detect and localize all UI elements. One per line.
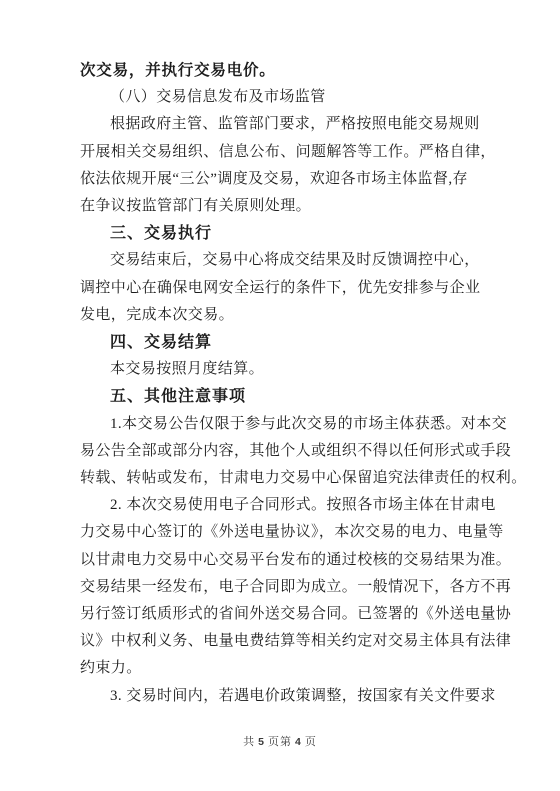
footer-prefix: 共 — [243, 736, 255, 748]
document-body: 次交易，并执行交易电价。 （八）交易信息发布及市场监管 根据政府主管、监管部门要… — [80, 57, 520, 710]
paragraph-line: 本交易按照月度结算。 — [80, 356, 520, 383]
paragraph-line: 约束力。 — [80, 655, 520, 682]
footer-current-page: 4 — [295, 736, 302, 748]
footer-total-pages: 5 — [258, 736, 265, 748]
paragraph-line: 调控中心在确保电网安全运行的条件下，优先安排参与企业 — [80, 275, 520, 302]
paragraph-line: 易公告全部或部分内容，其他个人或组织不得以任何形式或手段 — [80, 438, 520, 465]
paragraph-line: 另行签订纸质形式的省间外送交易合同。已签署的《外送电量协 — [80, 601, 520, 628]
document-page: 次交易，并执行交易电价。 （八）交易信息发布及市场监管 根据政府主管、监管部门要… — [0, 0, 560, 791]
paragraph-line: 根据政府主管、监管部门要求，严格按照电能交易规则 — [80, 111, 520, 138]
page-footer: 共5页第4页 — [0, 733, 560, 749]
paragraph-line: 转载、转帖或发布，甘肃电力交易中心保留追究法律责任的权利。 — [80, 465, 520, 492]
paragraph-line: 开展相关交易组织、信息公布、问题解答等工作。严格自律， — [80, 139, 520, 166]
section-heading-trade-execution: 三、交易执行 — [80, 220, 520, 247]
paragraph-line: 以甘肃电力交易中心交易平台发布的通过校核的交易结果为准。 — [80, 547, 520, 574]
paragraph-line: 议》中权利义务、电量电费结算等相关约定对交易主体具有法律 — [80, 628, 520, 655]
paragraph-line-note-2: 2. 本次交易使用电子合同形式。按照各市场主体在甘肃电 — [80, 492, 520, 519]
footer-middle: 页第 — [268, 736, 292, 748]
paragraph-line-note-1: 1.本交易公告仅限于参与此次交易的市场主体获悉。对本交 — [80, 411, 520, 438]
footer-suffix: 页 — [305, 736, 317, 748]
section-heading-trade-settlement: 四、交易结算 — [80, 329, 520, 356]
subsection-heading-info-disclosure: （八）交易信息发布及市场监管 — [80, 84, 520, 111]
paragraph-line: 交易结果一经发布，电子合同即为成立。一般情况下，各方不再 — [80, 574, 520, 601]
section-heading-other-notes: 五、其他注意事项 — [80, 383, 520, 410]
paragraph-line: 依法依规开展“三公”调度及交易，欢迎各市场主体监督,存 — [80, 166, 520, 193]
paragraph-line-note-3: 3. 交易时间内，若遇电价政策调整，按国家有关文件要求 — [80, 683, 520, 710]
paragraph-line: 交易结束后，交易中心将成交结果及时反馈调控中心， — [80, 247, 520, 274]
paragraph-line: 力交易中心签订的《外送电量协议》，本次交易的电力、电量等 — [80, 519, 520, 546]
paragraph-line: 在争议按监管部门有关原则处理。 — [80, 193, 520, 220]
continued-paragraph-bold: 次交易，并执行交易电价。 — [80, 57, 520, 84]
paragraph-line: 发电，完成本次交易。 — [80, 302, 520, 329]
